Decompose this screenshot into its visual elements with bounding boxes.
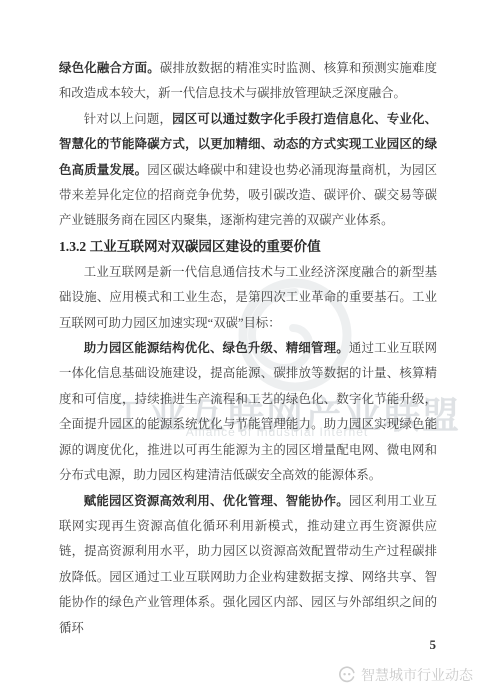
paragraph-energy-optimization: 助力园区能源结构优化、绿色升级、精细管理。通过工业互联网一体化信息基础设施建设，…	[59, 336, 437, 488]
paragraph-lead-bold: 赋能园区资源高效利用、优化管理、智能协作。	[84, 494, 349, 508]
page-number: 5	[430, 637, 437, 653]
document-body: 绿色化融合方面。碳排放数据的精准实时监测、核算和预测实施难度和改造成本较大，新一…	[59, 56, 437, 641]
paragraph-text: 通过工业互联网一体化信息基础设施建设，提高能源、碳排放等数据的计量、核算精度和可…	[59, 341, 437, 482]
document-page: 工业互联网产业联盟 Alliance of Industrial Interne…	[0, 0, 495, 700]
paragraph-text: 针对以上问题，	[84, 112, 172, 126]
section-heading: 1.3.2 工业互联网对双碳园区建设的重要价值	[59, 234, 437, 260]
paragraph-text: 工业互联网是新一代信息通信技术与工业经济深度融合的新型基础设施、应用模式和工业生…	[59, 265, 437, 330]
paragraph-lead-bold: 绿色化融合方面。	[59, 61, 160, 75]
brand-label: 智慧城市行业动态	[361, 665, 473, 685]
paragraph-text: 园区利用工业互联网实现再生资源高值化循环利用新模式，推动建立再生资源供应链，提高…	[59, 494, 437, 635]
paragraph-digital-solution: 针对以上问题，园区可以通过数字化手段打造信息化、专业化、智慧化的节能降碳方式，以…	[59, 107, 437, 234]
brand-logo-icon	[338, 666, 356, 684]
footer-brand: 智慧城市行业动态	[338, 665, 473, 685]
paragraph-lead-bold: 助力园区能源结构优化、绿色升级、精细管理。	[84, 341, 349, 355]
paragraph-industrial-internet-intro: 工业互联网是新一代信息通信技术与工业经济深度融合的新型基础设施、应用模式和工业生…	[59, 260, 437, 336]
paragraph-carbon-data: 绿色化融合方面。碳排放数据的精准实时监测、核算和预测实施难度和改造成本较大，新一…	[59, 56, 437, 107]
paragraph-resource-utilization: 赋能园区资源高效利用、优化管理、智能协作。园区利用工业互联网实现再生资源高值化循…	[59, 489, 437, 641]
